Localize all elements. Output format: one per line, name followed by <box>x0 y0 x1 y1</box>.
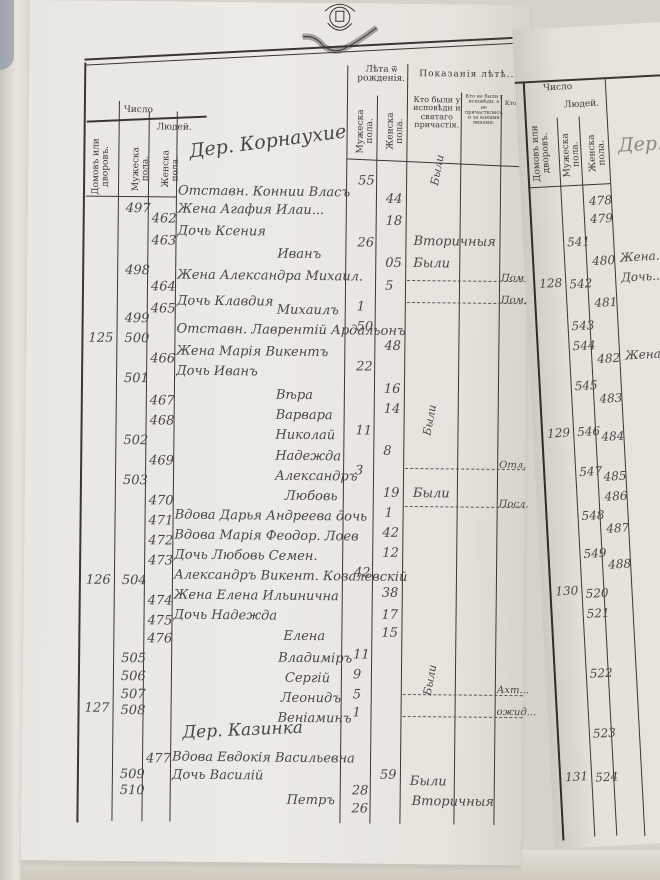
person-name: Дочь Василій <box>172 768 264 784</box>
person-name: Варвара <box>276 408 333 424</box>
female-number: 487 <box>606 521 630 536</box>
female-number: 484 <box>601 429 625 444</box>
village-title: Дер... <box>618 132 660 157</box>
age-female: 17 <box>381 608 398 623</box>
female-number: 463 <box>151 233 176 248</box>
age-female: 16 <box>384 382 401 397</box>
margin-note: Отл. <box>499 460 526 471</box>
age-male-header: Мужеска пола. <box>356 103 375 158</box>
female-number: 468 <box>150 413 175 428</box>
person-name: Сергій <box>285 671 330 686</box>
person-name: Отставн. Коннии Власъ <box>178 184 350 201</box>
female-number: 477 <box>146 751 171 766</box>
house-number: 128 <box>539 276 563 291</box>
female-number: 483 <box>599 391 623 406</box>
margin-note: Пом. <box>501 273 527 284</box>
age-male: 26 <box>357 235 374 250</box>
person-name: Надежда <box>275 449 341 465</box>
male-number: 523 <box>593 726 617 741</box>
person-name: Владиміръ <box>278 651 352 667</box>
male-number: 498 <box>125 263 150 278</box>
age-female: 42 <box>382 526 399 541</box>
male-number: 505 <box>121 651 146 666</box>
margin-note: ожид... <box>497 707 537 718</box>
female-number: 470 <box>149 493 174 508</box>
age-male: 11 <box>355 423 372 438</box>
margin-note: Ахт... <box>497 685 529 696</box>
male-number: 506 <box>121 669 146 684</box>
age-male: 3 <box>355 463 363 478</box>
female-number: 476 <box>147 631 172 646</box>
person-name: Вѣра <box>276 388 313 403</box>
male-number: 499 <box>125 311 150 326</box>
female-number: 475 <box>147 613 172 628</box>
age-female: 18 <box>386 214 403 229</box>
testimony-header: Показанія лѣтѣ... <box>419 70 518 80</box>
person-name: Леонидъ <box>281 691 341 707</box>
person-name: Жена Марія Викентъ <box>176 344 328 361</box>
age-male: 55 <box>358 173 375 188</box>
not-confessed-column-header: Кто не были у исповѣди, а не причастилис… <box>465 95 503 127</box>
house-number: 130 <box>555 583 579 598</box>
male-number: 524 <box>595 769 619 784</box>
male-number: 548 <box>581 508 605 523</box>
age-female: 15 <box>381 626 398 641</box>
age-female: 8 <box>383 444 391 459</box>
female-number: 466 <box>150 351 175 366</box>
confession-note: Вторичныя <box>413 234 495 250</box>
age-male: 26 <box>351 801 368 816</box>
male-number: 547 <box>579 464 603 479</box>
page-top-border <box>515 73 660 84</box>
female-number: 478 <box>589 193 613 208</box>
person-name: Жена... <box>620 248 660 264</box>
male-number: 497 <box>126 201 151 216</box>
age-male: 42 <box>354 565 371 580</box>
count-header: Число <box>543 83 573 94</box>
person-name: Жена Елена Ильинична <box>174 588 339 605</box>
confession-note: Вторичныя <box>412 794 494 810</box>
male-number: 522 <box>589 666 613 681</box>
age-female-header: Женска пола. <box>386 104 405 159</box>
house-number: 125 <box>88 331 113 346</box>
female-number: 479 <box>590 211 614 226</box>
female-number: 473 <box>148 553 173 568</box>
age-female: 12 <box>382 546 399 561</box>
female-number: 467 <box>150 393 175 408</box>
age-female: 38 <box>382 586 399 601</box>
male-number: 521 <box>586 606 610 621</box>
age-female: 19 <box>383 486 400 501</box>
confession-note: Были <box>413 486 450 501</box>
confession-note: Были <box>410 774 447 789</box>
households-header: Домовъ или дворовъ. <box>92 136 112 198</box>
male-number: 503 <box>123 473 148 488</box>
female-number: 481 <box>594 295 618 310</box>
person-name: Вдова Евдокія Васильевна <box>172 750 355 767</box>
female-number: 480 <box>592 253 616 268</box>
person-name: Елена <box>283 629 325 644</box>
person-name: Жена Александра Михаил. <box>177 268 363 285</box>
person-name: Вдова Марія Феодор. Лоев <box>174 528 358 545</box>
female-number: 474 <box>148 593 173 608</box>
person-name: Дочь Надежда <box>173 608 277 624</box>
male-header: Мужеска пола. <box>561 127 583 183</box>
age-female: 44 <box>386 192 403 207</box>
age-male: 28 <box>352 783 369 798</box>
confession-note: Были <box>413 256 450 271</box>
house-number: 127 <box>85 701 110 716</box>
age-male: 1 <box>357 299 365 314</box>
age-header: Лѣта ѿ рожденія. <box>351 65 411 85</box>
age-female: 5 <box>385 279 393 294</box>
age-male: 11 <box>353 647 370 662</box>
female-number: 471 <box>148 513 173 528</box>
age-male: 22 <box>356 359 373 374</box>
house-number: 131 <box>565 769 589 784</box>
person-name: Михаилъ <box>277 303 339 319</box>
age-female: 1 <box>385 506 393 521</box>
households-header: Домовъ или дворовъ. <box>531 123 553 184</box>
female-number: 482 <box>597 351 621 366</box>
female-number: 462 <box>152 211 177 226</box>
person-name: Любовь <box>285 489 338 505</box>
margin-note: Пом. <box>501 295 527 306</box>
male-number: 502 <box>123 433 148 448</box>
people-header: Людей. <box>157 123 192 133</box>
age-female: 48 <box>384 339 401 354</box>
age-male: 1 <box>352 705 360 720</box>
person-name: Дочь Любовь Семен. <box>174 548 317 565</box>
header-bottom-rule <box>528 183 610 188</box>
male-number: 510 <box>120 783 145 798</box>
male-number: 545 <box>574 378 598 393</box>
age-male: 9 <box>353 667 361 682</box>
female-number: 472 <box>148 533 173 548</box>
person-name: Петръ <box>287 793 335 809</box>
male-number: 507 <box>121 687 146 702</box>
male-number: 541 <box>567 234 591 249</box>
female-number: 469 <box>149 453 174 468</box>
person-name: Дочь Клавдия <box>177 294 274 310</box>
photo-scene: Число Людей. Домовъ или дворовъ. Мужеска… <box>0 0 660 880</box>
background-object <box>0 0 14 70</box>
age-female: 05 <box>385 256 402 271</box>
male-number: 520 <box>585 586 609 601</box>
female-number: 485 <box>603 469 627 484</box>
male-number: 501 <box>124 371 149 386</box>
confession-column-header: Кто были у исповѣди и святаго причастія. <box>411 96 463 130</box>
female-number: 488 <box>608 557 632 572</box>
left-page: Число Людей. Домовъ или дворовъ. Мужеска… <box>21 0 530 865</box>
male-number: 544 <box>572 338 596 353</box>
person-name: Иванъ <box>277 247 321 262</box>
person-name: Жена Агафия Илаи... <box>178 202 324 219</box>
male-number: 508 <box>120 703 145 718</box>
male-number: 509 <box>120 767 145 782</box>
male-number: 542 <box>569 276 593 291</box>
male-number: 546 <box>577 424 601 439</box>
female-header: Женска пола. <box>587 125 609 181</box>
age-male: 5 <box>353 687 361 702</box>
male-number: 504 <box>122 573 147 588</box>
person-name: Дочь... <box>621 268 660 284</box>
age-male: 50 <box>357 319 374 334</box>
house-number: 129 <box>547 426 571 441</box>
male-number: 549 <box>583 546 607 561</box>
margin-note: Посл. <box>499 499 529 510</box>
age-female: 14 <box>384 402 401 417</box>
person-name: Дочь Ксения <box>178 224 266 240</box>
male-number: 543 <box>571 318 595 333</box>
person-name: Дочь Иванъ <box>176 364 258 380</box>
person-name: Вдова Дарья Андреева дочь <box>175 508 368 525</box>
female-number: 465 <box>151 301 176 316</box>
people-header: Людей. <box>564 100 600 111</box>
person-name: Николай <box>275 428 335 444</box>
male-number: 500 <box>124 331 149 346</box>
person-name: Александръ Викент. Ковалевскій <box>174 568 408 585</box>
person-name: Жена... <box>625 346 660 362</box>
house-number: 126 <box>86 573 111 588</box>
age-female: 59 <box>380 768 397 783</box>
person-name: Александръ <box>275 469 358 485</box>
female-number: 486 <box>604 489 628 504</box>
female-number: 464 <box>151 279 176 294</box>
